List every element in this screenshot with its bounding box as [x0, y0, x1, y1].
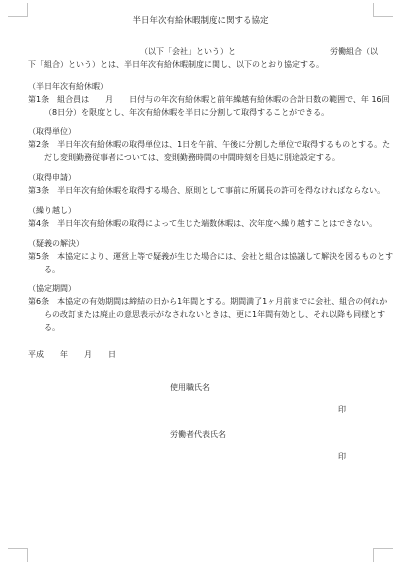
crop-mark-top-right — [373, 3, 393, 17]
union-representative-name-label: 労働者代表氏名 — [28, 428, 373, 441]
section-heading-acquisition-unit: （取得単位） — [28, 125, 373, 138]
opening-line-2: 下「組合）という）とは、半日年次有給休暇制度に関し、以下のとおり協定する。 — [28, 58, 373, 71]
section-heading-carryover: （繰り越し） — [28, 204, 373, 217]
article-3-line-1: 第3条 半日年次有給休暇を取得する場合、原則として事前に所属長の許可を得なければ… — [28, 184, 373, 197]
crop-mark-top-left — [8, 3, 28, 17]
opening-company-clause: （以下「会社」という）と — [140, 47, 236, 56]
opening-union-clause: 労働組合（以 — [330, 47, 378, 56]
crop-mark-bottom-left — [8, 548, 28, 562]
article-6-line-1: 第6条 本協定の有効期間は締結の日から1年間とする。期間満了1ヶ月前までに会社、… — [28, 295, 373, 308]
date-line: 平成 年 月 日 — [28, 348, 373, 361]
article-5-line-2: る。 — [28, 263, 373, 276]
company-name-blank — [28, 53, 140, 54]
article-2-line-1: 第2条 半日年次有給休暇の取得単位は、1日を午前、午後に分割した単位で取得するも… — [28, 138, 373, 151]
article-4-line-1: 第4条 半日年次有給休暇の取得によって生じた端数休暇は、次年度へ繰り越すことはで… — [28, 217, 373, 230]
union-name-blank — [236, 53, 330, 54]
union-seal-mark: 印 — [28, 450, 373, 463]
crop-mark-bottom-right — [373, 548, 393, 562]
section-heading-dispute-resolution: （疑義の解決） — [28, 237, 373, 250]
document-title: 半日年次有給休暇制度に関する協定 — [28, 15, 373, 28]
section-heading-half-day-leave: （半日年次有給休暇） — [28, 80, 373, 93]
article-6-line-2: らの改訂または廃止の意思表示がなされないときは、更に1年間有効とし、それ以降も同… — [28, 308, 373, 321]
article-6-line-3: る。 — [28, 321, 373, 334]
employer-name-label: 使用職氏名 — [28, 381, 373, 394]
article-2-line-2: だし変則勤務従事者については、変則勤務時間の中間時刻を目処に別途設定する。 — [28, 151, 373, 164]
document-content: 半日年次有給休暇制度に関する協定 （以下「会社」という）と労働組合（以 下「組合… — [28, 15, 373, 463]
article-5-line-1: 第5条 本協定により、運営上等で疑義が生じた場合には、会社と組合は協議して解決を… — [28, 250, 373, 263]
opening-line-1: （以下「会社」という）と労働組合（以 — [28, 45, 373, 58]
article-1-line-2: （8日分）を限度とし、年次有給休暇を半日に分割して取得することができる。 — [28, 106, 373, 119]
article-1-line-1: 第1条 組合員は 月 日付与の年次有給休暇と前年繰越有給休暇の合計日数の範囲で、… — [28, 93, 373, 106]
section-heading-application: （取得申請） — [28, 171, 373, 184]
section-heading-agreement-period: （協定期間） — [28, 282, 373, 295]
document-page: 半日年次有給休暇制度に関する協定 （以下「会社」という）と労働組合（以 下「組合… — [0, 0, 400, 565]
employer-seal-mark: 印 — [28, 403, 373, 416]
